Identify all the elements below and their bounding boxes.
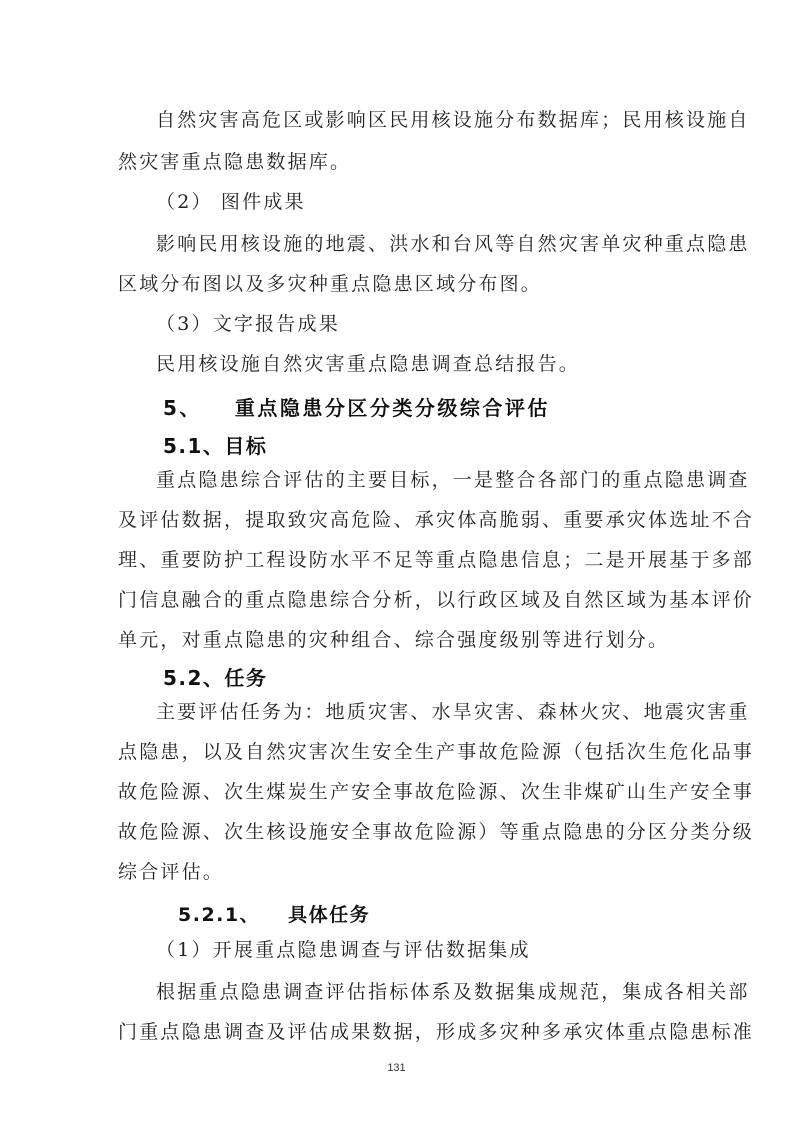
section-title: 具体任务 [288,904,370,926]
paragraph-line: 区域分布图以及多灾种重点隐患区域分布图。 [118,272,673,296]
paragraph-line: 单元，对重点隐患的灾种组合、综合强度级别等进行划分。 [118,628,673,652]
document-page: 自然灾害高危区或影响区民用核设施分布数据库；民用核设施自 然灾害重点隐患数据库。… [0,0,793,1122]
paragraph-line: 及评估数据，提取致灾高危险、承灾体高脆弱、重要承灾体选址不合 [118,508,673,532]
paragraph-line: 综合评估。 [118,860,673,884]
section-title: 重点隐患分区分类分级综合评估 [235,396,550,420]
paragraph-line: 故危险源、次生核设施安全事故危险源）等重点隐患的分区分类分级 [118,820,673,844]
paragraph-line: 主要评估任务为：地质灾害、水旱灾害、森林火灾、地震灾害重 [156,700,673,724]
page-number: 131 [0,1062,793,1074]
paragraph-line: 根据重点隐患调查评估指标体系及数据集成规范，集成各相关部 [156,980,673,1004]
paragraph-line: 故危险源、次生煤炭生产安全事故危险源、次生非煤矿山生产安全事 [118,780,673,804]
section-heading-5-2: 5.2、任务 [163,662,267,691]
list-item-heading: （3）文字报告成果 [156,312,711,336]
paragraph-line: 民用核设施自然灾害重点隐患调查总结报告。 [156,352,673,376]
paragraph-line: 自然灾害高危区或影响区民用核设施分布数据库；民用核设施自 [156,108,673,132]
list-item-heading: （1）开展重点隐患调查与评估数据集成 [156,938,711,962]
paragraph-line: 理、重要防护工程设防水平不足等重点隐患信息；二是开展基于多部 [118,548,673,572]
paragraph-line: 门信息融合的重点隐患综合分析，以行政区域及自然区域为基本评价 [118,588,673,612]
section-heading-5-2-1: 5.2.1、具体任务 [178,900,370,927]
section-heading-5: 5、 重点隐患分区分类分级综合评估 [163,392,550,421]
paragraph-line: 然灾害重点隐患数据库。 [118,150,673,174]
paragraph-line: 点隐患，以及自然灾害次生安全生产事故危险源（包括次生危化品事 [118,740,673,764]
list-item-heading: （2） 图件成果 [156,190,711,214]
section-number: 5、 [163,396,202,420]
section-heading-5-1: 5.1、目标 [163,430,267,459]
paragraph-line: 影响民用核设施的地震、洪水和台风等自然灾害单灾种重点隐患 [156,232,673,256]
paragraph-line: 门重点隐患调查及评估成果数据，形成多灾种多承灾体重点隐患标准 [118,1020,673,1044]
section-number: 5.2.1、 [178,904,260,926]
paragraph-line: 重点隐患综合评估的主要目标，一是整合各部门的重点隐患调查 [156,468,673,492]
